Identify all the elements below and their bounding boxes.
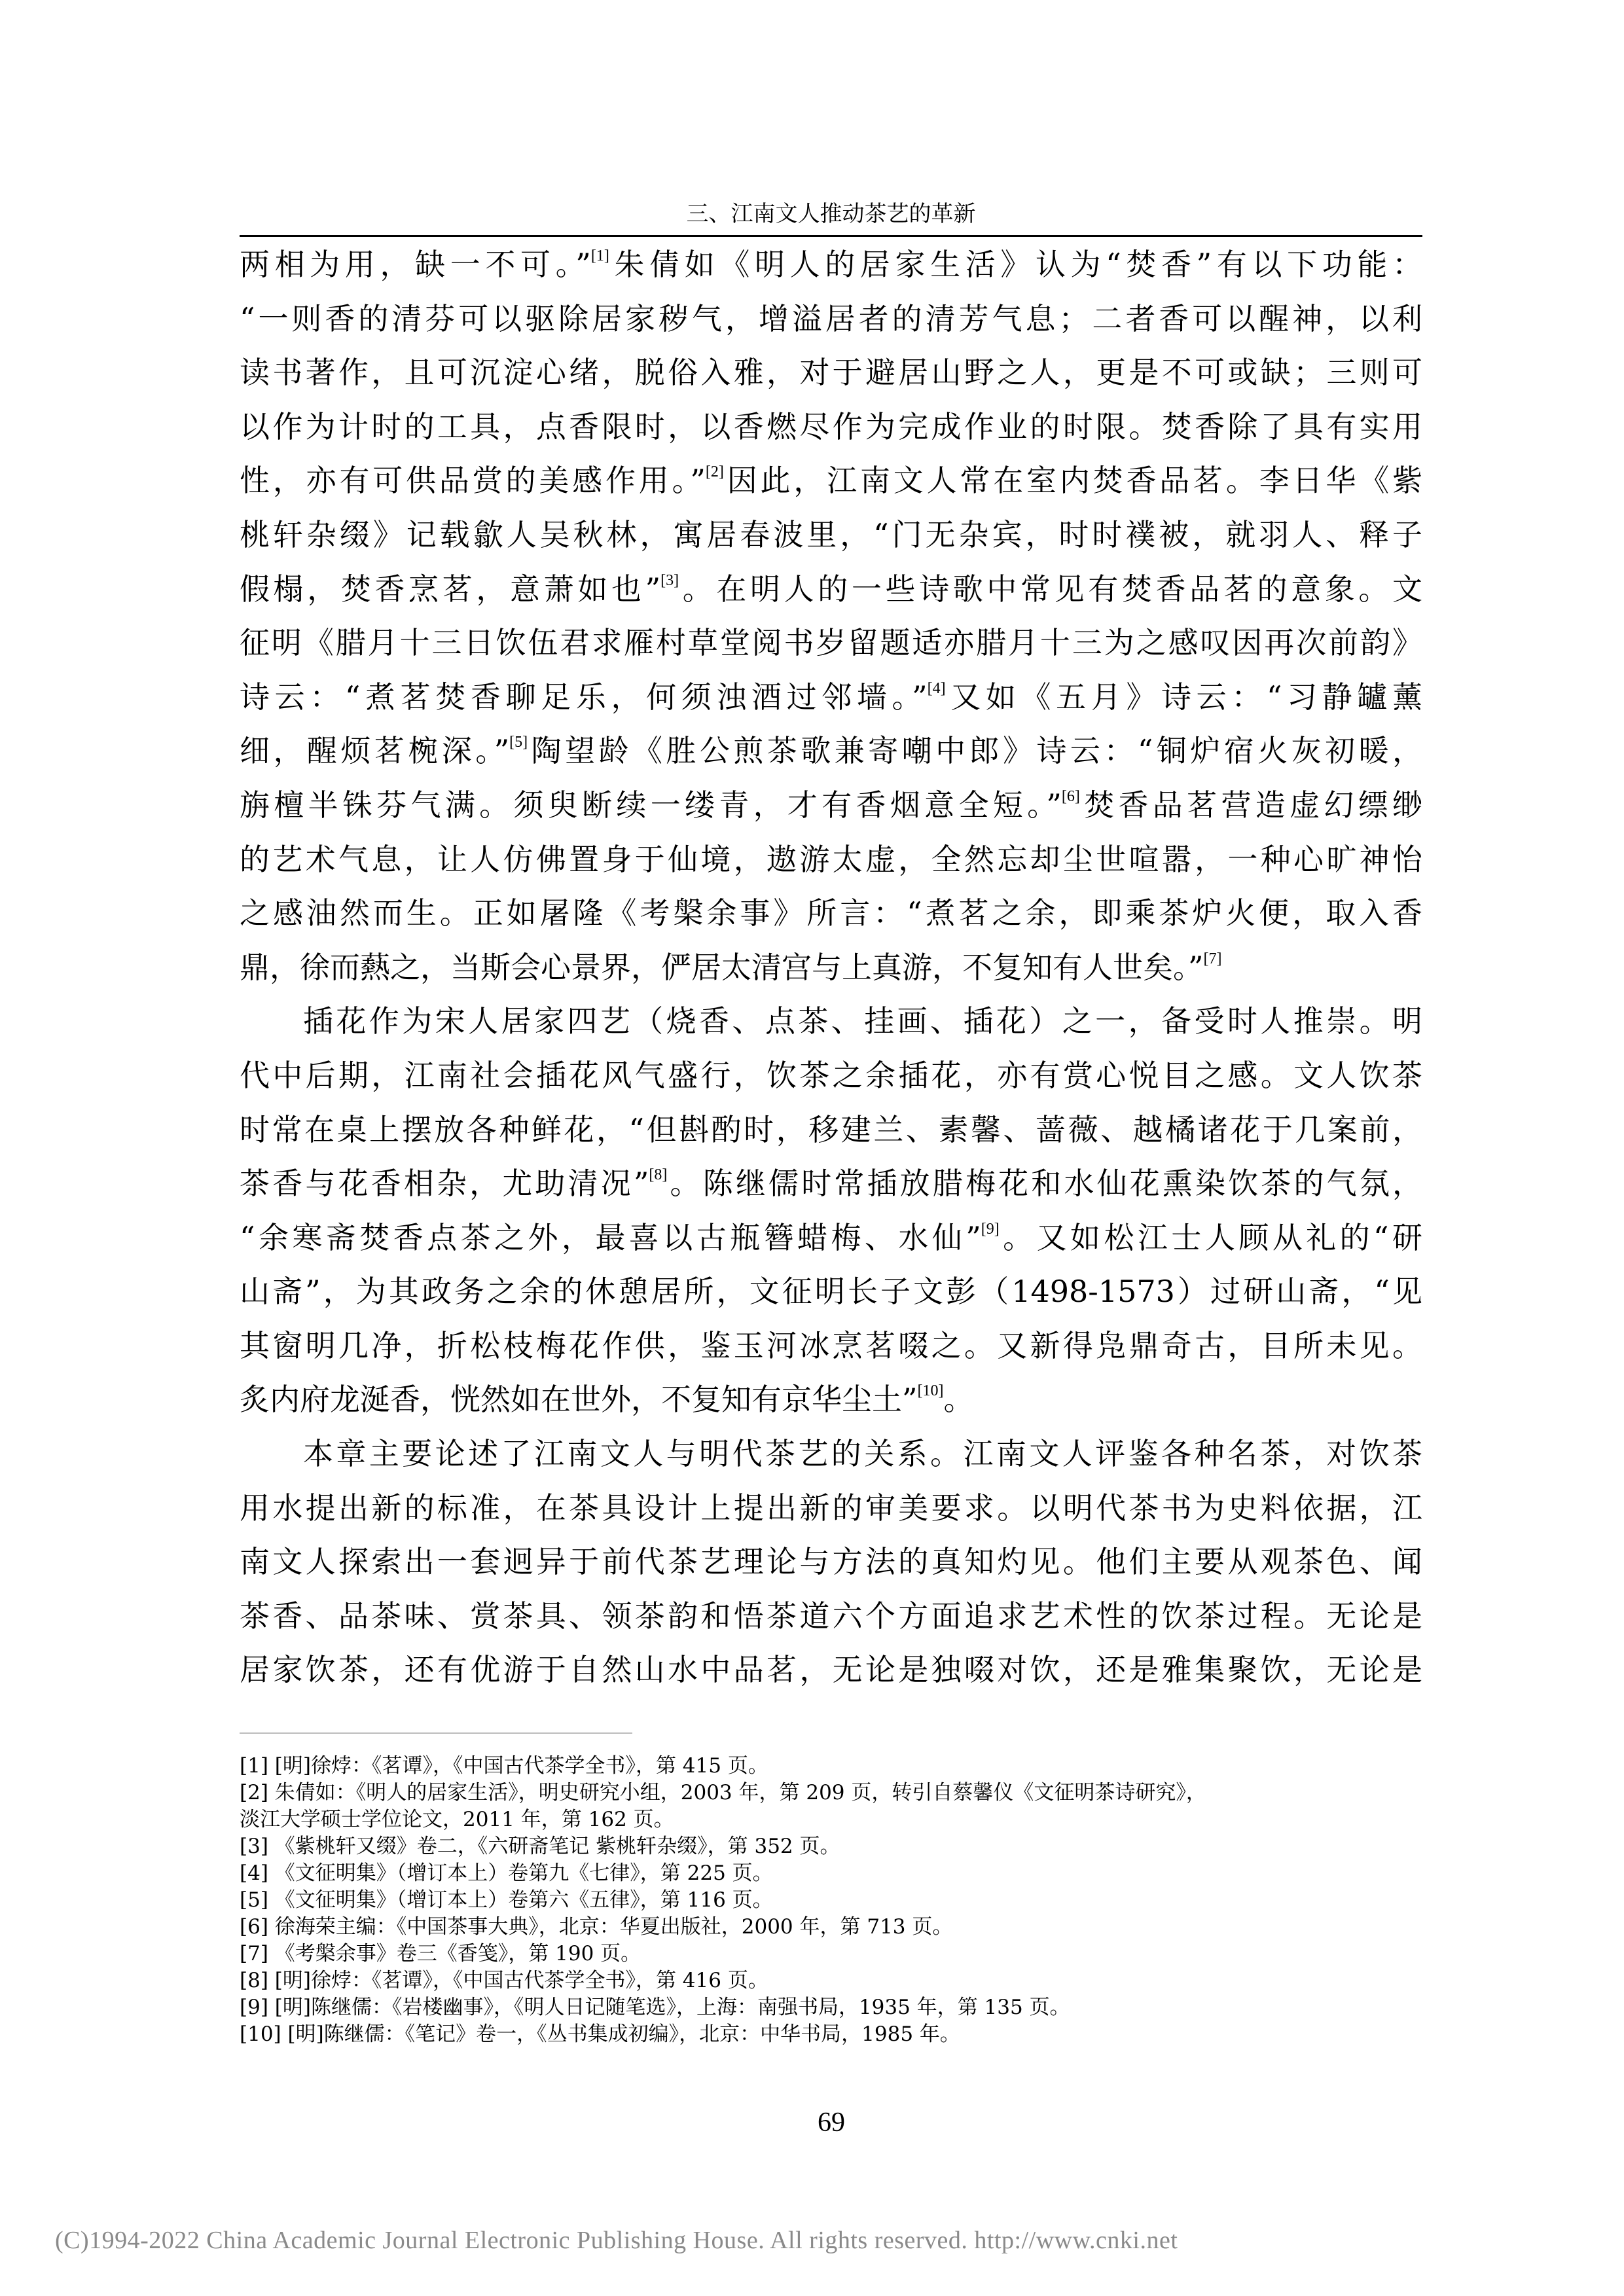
body-text-run: 旃檀半铢芬气满。须臾断续一缕青，才有香烟意全短。” xyxy=(240,787,1062,823)
footnote-reference[interactable]: [9] xyxy=(981,1221,1000,1238)
body-text-run: 性，亦有可供品赏的美感作用。” xyxy=(240,463,706,498)
footnote-reference[interactable]: [8] xyxy=(649,1166,667,1183)
footnote-line: [10] [明]陈继儒：《笔记》卷一，《丛书集成初编》，北京：中华书局，1985… xyxy=(240,2021,1422,2048)
body-line: 之感油然而生。正如屠隆《考槃余事》所言：“煮茗之余，即乘茶炉火便，取入香 xyxy=(240,892,1422,946)
footnote-reference[interactable]: [7] xyxy=(1204,950,1222,967)
body-text-run: 之感油然而生。正如屠隆《考槃余事》所言：“煮茗之余，即乘茶炉火便，取入香 xyxy=(240,895,1422,931)
body-line: “一则香的清芬可以驱除居家秽气，增溢居者的清芳气息；二者香可以醒神，以利 xyxy=(240,298,1422,352)
footnote-line: [8] [明]徐㶿：《茗谭》，《中国古代茶学全书》，第 416 页。 xyxy=(240,1967,1422,1994)
footnote-line: [1] [明]徐㶿：《茗谭》，《中国古代茶学全书》，第 415 页。 xyxy=(240,1753,1422,1780)
body-line: 炙内府龙涎香，恍然如在世外，不复知有京华尘土”[10]。 xyxy=(240,1378,1422,1433)
footnote-separator xyxy=(240,1732,632,1734)
body-text-run: 炙内府龙涎香，恍然如在世外，不复知有京华尘土” xyxy=(240,1382,918,1417)
body-line: 本章主要论述了江南文人与明代茶艺的关系。江南文人评鉴各种名茶，对饮茶 xyxy=(240,1433,1422,1487)
running-header: 三、江南文人推动茶艺的革新 xyxy=(240,198,1422,230)
body-text-run: “一则香的清芬可以驱除居家秽气，增溢居者的清芳气息；二者香可以醒神，以利 xyxy=(240,301,1422,336)
footnote-line: [9] [明]陈继儒：《岩楼幽事》，《明人日记随笔选》，上海：南强书局，1935… xyxy=(240,1994,1422,2021)
footnote-reference[interactable]: [5] xyxy=(509,734,528,751)
body-line: 插花作为宋人居家四艺（烧香、点茶、挂画、插花）之一，备受时人推崇。明 xyxy=(240,1000,1422,1054)
body-text-run: 细，醒烦茗椀深。” xyxy=(240,733,509,768)
page-number: 69 xyxy=(766,2106,897,2139)
body-text-run: 桃轩杂缀》记载歙人吴秋林，寓居春波里，“门无杂宾，时时襆被，就羽人、释子 xyxy=(240,517,1422,552)
body-text-run: 因此，江南文人常在室内焚香品茗。李日华《紫 xyxy=(724,463,1422,498)
body-line: 茶香、品茶味、赏茶具、领茶韵和悟茶道六个方面追求艺术性的饮茶过程。无论是 xyxy=(240,1595,1422,1649)
body-line: 鼎，徐而爇之，当斯会心景界，俨居太清宫与上真游，不复知有人世矣。”[7] xyxy=(240,946,1422,1001)
header-rule xyxy=(240,235,1422,237)
body-text-run: 。 xyxy=(944,1382,974,1417)
body-line: 用水提出新的标准，在茶具设计上提出新的审美要求。以明代茶书为史料依据，江 xyxy=(240,1487,1422,1541)
body-line: 读书著作，且可沉淀心绪，脱俗入雅，对于避居山野之人，更是不可或缺；三则可 xyxy=(240,351,1422,406)
body-text-run: 征明《腊月十三日饮伍君求雁村草堂阅书岁留题适亦腊月十三为之感叹因再次前韵》 xyxy=(240,625,1422,660)
body-line: 诗云：“煮茗焚香聊足乐，何须浊酒过邻墙。”[4]又如《五月》诗云：“习静罏薰 xyxy=(240,676,1422,730)
body-line: 以作为计时的工具，点香限时，以香燃尽作为完成作业的时限。焚香除了具有实用 xyxy=(240,406,1422,460)
body-text-run: 两相为用，缺一不可。” xyxy=(240,247,591,282)
footnotes: [1] [明]徐㶿：《茗谭》，《中国古代茶学全书》，第 415 页。[2] 朱倩… xyxy=(240,1753,1422,2048)
body-line: 旃檀半铢芬气满。须臾断续一缕青，才有香烟意全短。”[6]焚香品茗营造虚幻缥缈 xyxy=(240,784,1422,838)
body-text-run: 诗云：“煮茗焚香聊足乐，何须浊酒过邻墙。” xyxy=(240,679,928,715)
footnote-reference[interactable]: [1] xyxy=(591,247,609,264)
body-text-run: 的艺术气息，让人仿佛置身于仙境，遨游太虚，全然忘却尘世喧嚣，一种心旷神怡 xyxy=(240,842,1422,877)
footnote-line: 淡江大学硕士学位论文，2011 年，第 162 页。 xyxy=(240,1806,1422,1833)
body-text-run: 陶望龄《胜公煎茶歌兼寄嘲中郎》诗云：“铜炉宿火灰初暖， xyxy=(528,733,1422,768)
body-text-run: 茶香、品茶味、赏茶具、领茶韵和悟茶道六个方面追求艺术性的饮茶过程。无论是 xyxy=(240,1598,1422,1634)
footnote-reference[interactable]: [2] xyxy=(706,463,724,480)
body-line: 假榻，焚香烹茗，意萧如也”[3]。在明人的一些诗歌中常见有焚香品茗的意象。文 xyxy=(240,568,1422,622)
body-text-run: 山斋”，为其政务之余的休憩居所，文征明长子文彭（1498-1573）过研山斋，“… xyxy=(240,1274,1422,1309)
body-line: “余寒斋焚香点茶之外，最喜以古瓶簪蜡梅、水仙”[9]。又如松江士人顾从礼的“研 xyxy=(240,1217,1422,1271)
body-line: 代中后期，江南社会插花风气盛行，饮茶之余插花，亦有赏心悦目之感。文人饮茶 xyxy=(240,1054,1422,1109)
footnote-reference[interactable]: [10] xyxy=(918,1382,944,1399)
body-line: 性，亦有可供品赏的美感作用。”[2]因此，江南文人常在室内焚香品茗。李日华《紫 xyxy=(240,459,1422,514)
body-text-run: 假榻，焚香烹茗，意萧如也” xyxy=(240,571,660,607)
body-text-run: 时常在桌上摆放各种鲜花，“但斟酌时，移建兰、素馨、蔷薇、越橘诸花于几案前， xyxy=(240,1112,1422,1147)
body-text-run: 南文人探索出一套迥异于前代茶艺理论与方法的真知灼见。他们主要从观茶色、闻 xyxy=(240,1544,1422,1579)
footnote-line: [3] 《紫桃轩又缀》卷二，《六研斋笔记 紫桃轩杂缀》，第 352 页。 xyxy=(240,1833,1422,1860)
footnote-reference[interactable]: [3] xyxy=(660,572,679,589)
footnote-line: [4] 《文征明集》（增订本上）卷第九《七律》，第 225 页。 xyxy=(240,1860,1422,1887)
body-text: 两相为用，缺一不可。”[1]朱倩如《明人的居家生活》认为“焚香”有以下功能：“一… xyxy=(240,243,1422,1703)
footnote-line: [7] 《考槃余事》卷三《香笺》，第 190 页。 xyxy=(240,1941,1422,1967)
body-line: 山斋”，为其政务之余的休憩居所，文征明长子文彭（1498-1573）过研山斋，“… xyxy=(240,1270,1422,1325)
body-text-run: 朱倩如《明人的居家生活》认为“焚香”有以下功能： xyxy=(609,247,1422,282)
body-text-run: 。在明人的一些诗歌中常见有焚香品茗的意象。文 xyxy=(679,571,1422,607)
copyright-notice: (C)1994-2022 China Academic Journal Elec… xyxy=(55,2224,1178,2257)
body-line: 两相为用，缺一不可。”[1]朱倩如《明人的居家生活》认为“焚香”有以下功能： xyxy=(240,243,1422,298)
footnote-reference[interactable]: [4] xyxy=(928,680,946,697)
body-line: 居家饮茶，还有优游于自然山水中品茗，无论是独啜对饮，还是雅集聚饮，无论是 xyxy=(240,1649,1422,1703)
body-text-run: 以作为计时的工具，点香限时，以香燃尽作为完成作业的时限。焚香除了具有实用 xyxy=(240,409,1422,444)
body-text-run: 焚香品茗营造虚幻缥缈 xyxy=(1080,787,1422,823)
body-line: 茶香与花香相杂，尤助清况”[8]。陈继儒时常插放腊梅花和水仙花熏染饮茶的气氛， xyxy=(240,1162,1422,1217)
body-text-run: 又如《五月》诗云：“习静罏薰 xyxy=(946,679,1422,715)
body-line: 征明《腊月十三日饮伍君求雁村草堂阅书岁留题适亦腊月十三为之感叹因再次前韵》 xyxy=(240,622,1422,676)
footnote-line: [2] 朱倩如：《明人的居家生活》，明史研究小组，2003 年，第 209 页，… xyxy=(240,1780,1422,1806)
body-text-run: 读书著作，且可沉淀心绪，脱俗入雅，对于避居山野之人，更是不可或缺；三则可 xyxy=(240,355,1422,390)
body-text-run: 鼎，徐而爇之，当斯会心景界，俨居太清宫与上真游，不复知有人世矣。” xyxy=(240,950,1204,985)
body-text-run: 本章主要论述了江南文人与明代茶艺的关系。江南文人评鉴各种名茶，对饮茶 xyxy=(303,1436,1422,1471)
body-line: 时常在桌上摆放各种鲜花，“但斟酌时，移建兰、素馨、蔷薇、越橘诸花于几案前， xyxy=(240,1109,1422,1163)
body-text-run: 。陈继儒时常插放腊梅花和水仙花熏染饮茶的气氛， xyxy=(667,1166,1422,1201)
body-line: 其窗明几净，折松枝梅花作供，鉴玉河冰烹茗啜之。又新得凫鼎奇古，目所未见。 xyxy=(240,1325,1422,1379)
body-text-run: 插花作为宋人居家四艺（烧香、点茶、挂画、插花）之一，备受时人推崇。明 xyxy=(303,1003,1422,1039)
body-text-run: “余寒斋焚香点茶之外，最喜以古瓶簪蜡梅、水仙” xyxy=(240,1220,981,1255)
body-text-run: 用水提出新的标准，在茶具设计上提出新的审美要求。以明代茶书为史料依据，江 xyxy=(240,1490,1422,1526)
body-line: 细，醒烦茗椀深。”[5]陶望龄《胜公煎茶歌兼寄嘲中郎》诗云：“铜炉宿火灰初暖， xyxy=(240,730,1422,784)
body-line: 南文人探索出一套迥异于前代茶艺理论与方法的真知灼见。他们主要从观茶色、闻 xyxy=(240,1541,1422,1595)
body-text-run: 茶香与花香相杂，尤助清况” xyxy=(240,1166,649,1201)
body-line: 桃轩杂缀》记载歙人吴秋林，寓居春波里，“门无杂宾，时时襆被，就羽人、释子 xyxy=(240,514,1422,568)
body-text-run: 居家饮茶，还有优游于自然山水中品茗，无论是独啜对饮，还是雅集聚饮，无论是 xyxy=(240,1652,1422,1687)
body-line: 的艺术气息，让人仿佛置身于仙境，遨游太虚，全然忘却尘世喧嚣，一种心旷神怡 xyxy=(240,838,1422,893)
footnote-line: [5] 《文征明集》（增订本上）卷第六《五律》，第 116 页。 xyxy=(240,1887,1422,1914)
body-text-run: 其窗明几净，折松枝梅花作供，鉴玉河冰烹茗啜之。又新得凫鼎奇古，目所未见。 xyxy=(240,1328,1422,1363)
footnote-reference[interactable]: [6] xyxy=(1062,788,1080,805)
body-text-run: 代中后期，江南社会插花风气盛行，饮茶之余插花，亦有赏心悦目之感。文人饮茶 xyxy=(240,1058,1422,1093)
body-text-run: 。又如松江士人顾从礼的“研 xyxy=(1000,1220,1422,1255)
footnote-line: [6] 徐海荣主编：《中国茶事大典》，北京：华夏出版社，2000 年，第 713… xyxy=(240,1914,1422,1941)
